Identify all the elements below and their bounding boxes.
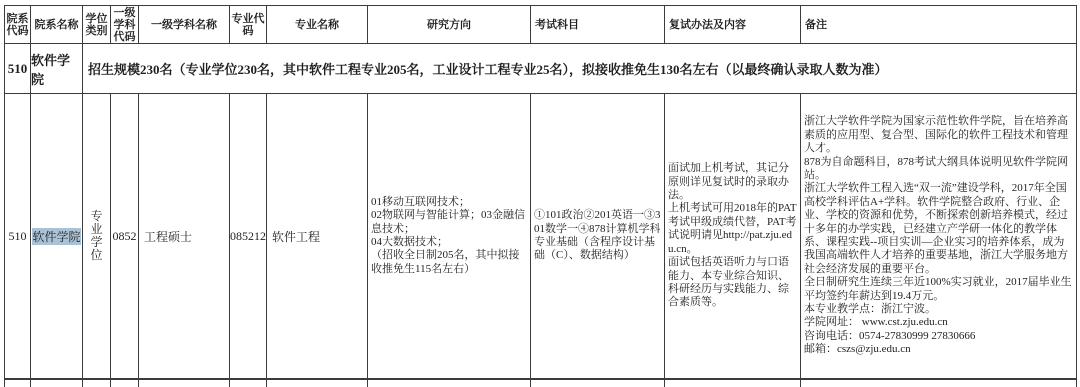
header-research-directions: 研究方向 [368,6,531,44]
header-major-name: 专业名称 [267,6,368,44]
header-exam-subjects: 考试科目 [531,6,665,44]
header-retest-method: 复试办法及内容 [665,6,801,44]
selected-text-dept-name[interactable]: 软件学院 [32,228,80,245]
next-row-cell [111,380,139,387]
header-degree-type: 学位 类别 [83,6,111,44]
cell-dept-code: 510 [5,94,31,380]
header-discipline-name: 一级学科名称 [139,6,230,44]
summary-dept-code: 510 [5,44,31,94]
cell-degree-type: 专业 学位 [83,94,111,380]
next-row-cell [31,380,83,387]
header-dept-name: 院系名称 [31,6,83,44]
next-row-cell [139,380,230,387]
cell-discipline-name: 工程硕士 [139,94,230,380]
cell-exam-subjects: ①101政治②201英语一③301数学一④878计算机学科专业基础（含程序设计基… [531,94,665,380]
header-major-code: 专业代 码 [230,6,267,44]
next-row-cell [83,380,111,387]
next-row-cell [801,380,1077,387]
header-dept-code: 院系 代码 [5,6,31,44]
cell-research-directions: 01移动互联网技术； 02物联网与智能计算；03金融信息技术； 04大数据技术；… [368,94,531,380]
next-row-cell [531,380,665,387]
cell-major-name: 软件工程 [267,94,368,380]
summary-enrollment-text: 招生规模230名（专业学位230名，其中软件工程专业205名，工业设计工程专业2… [83,44,1077,94]
header-discipline-code: 一级 学科 代码 [111,6,139,44]
next-row-cell [267,380,368,387]
header-notes: 备注 [801,6,1077,44]
cell-dept-name: 软件学院 [31,94,83,380]
cell-discipline-code: 0852 [111,94,139,380]
next-row-cell [230,380,267,387]
summary-dept-name: 软件学院 [31,44,83,94]
cell-major-code: 085212 [230,94,267,380]
next-row-cell [5,380,31,387]
admissions-table: 院系 代码 院系名称 学位 类别 一级 学科 代码 一级学科名称 专业代 码 专… [4,5,1077,387]
cell-notes: 浙江大学软件学院为国家示范性软件学院，旨在培养高素质的应用型、复合型、国际化的软… [801,94,1077,380]
admissions-table-page: 院系 代码 院系名称 学位 类别 一级 学科 代码 一级学科名称 专业代 码 专… [0,0,1080,387]
next-row-cell [368,380,531,387]
cell-retest-method: 面试加上机考试，其记分原则详见复试时的录取办法。 上机考试可用2018年的PAT… [665,94,801,380]
next-row-cell [665,380,801,387]
